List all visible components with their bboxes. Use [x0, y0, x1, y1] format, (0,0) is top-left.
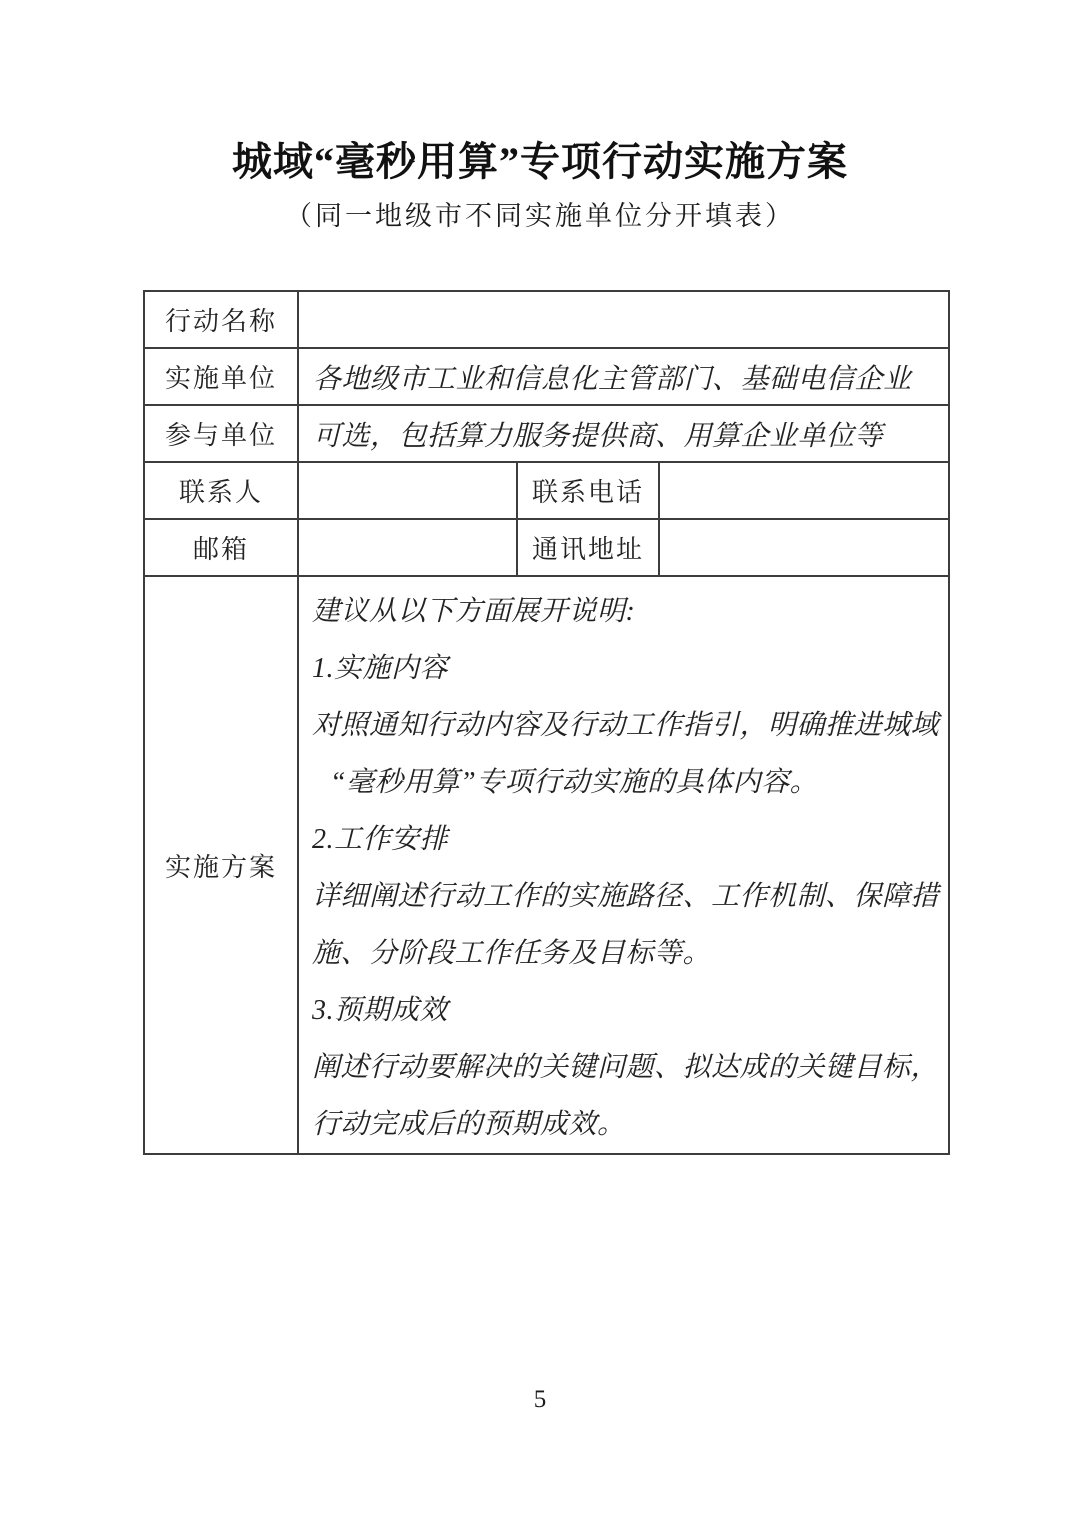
table-row-implement-unit: 实施单位 各地级市工业和信息化主管部门、基础电信企业: [144, 348, 949, 405]
participate-unit-label: 参与单位: [144, 405, 298, 462]
contact-phone-input-cell[interactable]: [659, 462, 949, 519]
page-number: 5: [0, 1386, 1080, 1414]
action-name-input-cell[interactable]: [298, 291, 949, 348]
table-row-plan: 实施方案 建议从以下方面展开说明: 1.实施内容 对照通知行动内容及行动工作指引…: [144, 576, 949, 1154]
implement-unit-label: 实施单位: [144, 348, 298, 405]
plan-content-cell: 建议从以下方面展开说明: 1.实施内容 对照通知行动内容及行动工作指引，明确推进…: [298, 576, 949, 1154]
table-row-participate-unit: 参与单位 可选，包括算力服务提供商、用算企业单位等: [144, 405, 949, 462]
plan-line: 阐述行动要解决的关键问题、拟达成的关键目标，: [312, 1039, 942, 1096]
page-title: 城域“毫秒用算”专项行动实施方案: [0, 130, 1080, 187]
plan-line: 建议从以下方面展开说明:: [312, 583, 942, 640]
plan-line: 3.预期成效: [312, 982, 942, 1039]
plan-label: 实施方案: [144, 576, 298, 1154]
plan-line: 施、分阶段工作任务及目标等。: [312, 925, 942, 982]
plan-line: 2.工作安排: [312, 811, 942, 868]
plan-line: 详细阐述行动工作的实施路径、工作机制、保障措: [312, 868, 942, 925]
table-row-contact: 联系人 联系电话: [144, 462, 949, 519]
plan-line: 1.实施内容: [312, 640, 942, 697]
plan-line: 对照通知行动内容及行动工作指引，明确推进城域: [312, 697, 942, 754]
mail-address-label: 通讯地址: [517, 519, 659, 576]
participate-unit-value: 可选，包括算力服务提供商、用算企业单位等: [298, 405, 949, 462]
plan-line: 行动完成后的预期成效。: [312, 1096, 942, 1153]
contact-phone-label: 联系电话: [517, 462, 659, 519]
email-input-cell[interactable]: [298, 519, 517, 576]
action-name-label: 行动名称: [144, 291, 298, 348]
table-row-action-name: 行动名称: [144, 291, 949, 348]
implement-unit-value: 各地级市工业和信息化主管部门、基础电信企业: [298, 348, 949, 405]
plan-line: “毫秒用算”专项行动实施的具体内容。: [312, 754, 942, 811]
table-row-email-address: 邮箱 通讯地址: [144, 519, 949, 576]
implementation-plan-form-table: 行动名称 实施单位 各地级市工业和信息化主管部门、基础电信企业 参与单位 可选，…: [143, 290, 950, 1155]
mail-address-input-cell[interactable]: [659, 519, 949, 576]
email-label: 邮箱: [144, 519, 298, 576]
contact-person-label: 联系人: [144, 462, 298, 519]
page-subtitle: （同一地级市不同实施单位分开填表）: [0, 194, 1080, 233]
contact-person-input-cell[interactable]: [298, 462, 517, 519]
